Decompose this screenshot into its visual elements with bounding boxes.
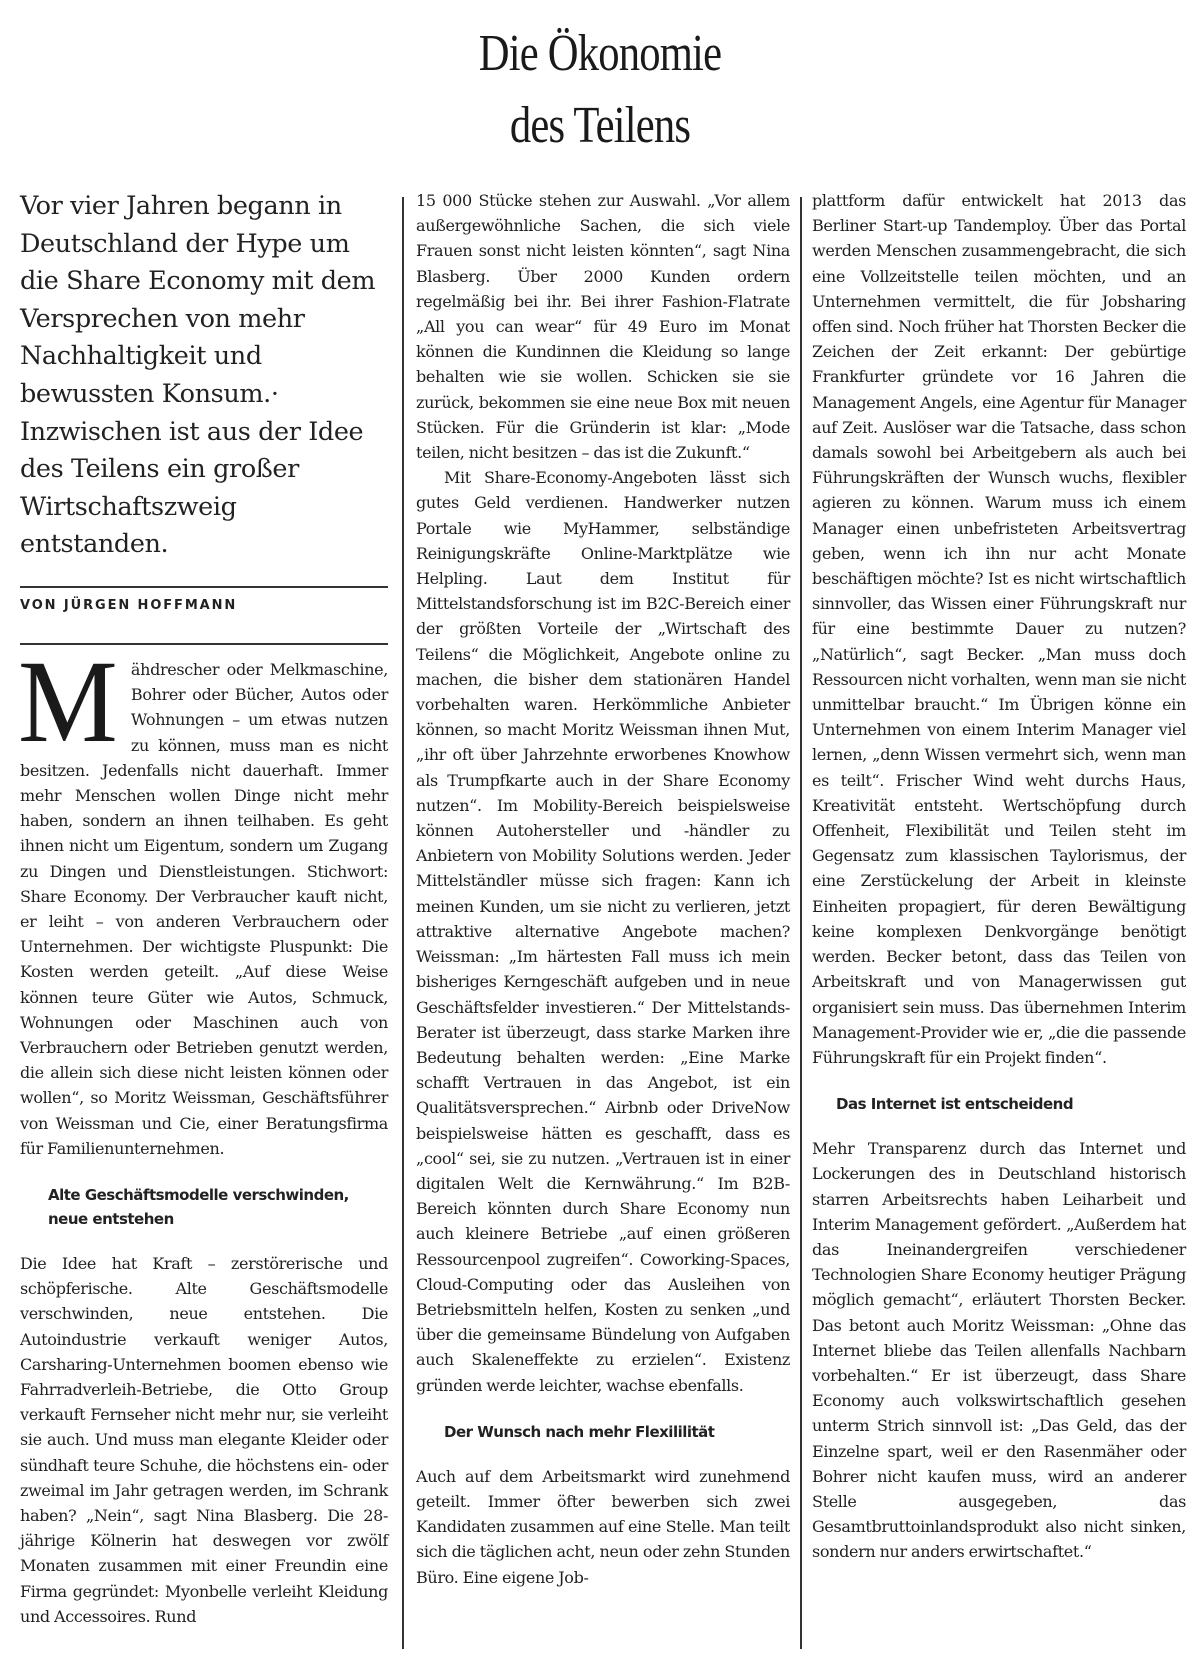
drop-cap: M [18, 659, 118, 751]
paragraph-2: Die Idee hat Kraft – zerstörerische und … [20, 1251, 388, 1629]
column-3: plattform dafür entwickelt hat 2013 das … [812, 188, 1186, 1565]
paragraph-4-continued: plattform dafür entwickelt hat 2013 das … [812, 188, 1186, 1070]
column-2: 15 000 Stücke stehen zur Auswahl. „Vor a… [416, 188, 790, 1590]
opening-paragraph: M ähdrescher oder Melkmaschine, Bohrer o… [20, 657, 388, 1161]
paragraph-3: Mit Share-Economy-Angeboten lässt sich g… [416, 465, 790, 1398]
article-headline: Die Ökonomie des Teilens [436, 18, 764, 162]
subheading-3: Das Internet ist entscheidend [836, 1092, 1186, 1116]
paragraph-4: Auch auf dem Arbeitsmarkt wird zunehmend… [416, 1464, 790, 1590]
byline: VON JÜRGEN HOFFMANN [20, 598, 388, 613]
subheading-1: Alte Geschäftsmodelle verschwinden, neue… [48, 1183, 388, 1231]
article-intro: Vor vier Jahren begann in Deutschland de… [20, 188, 388, 564]
headline-line-1: Die Ökonomie [479, 25, 721, 82]
byline-rule-top [20, 586, 388, 588]
subheading-2: Der Wunsch nach mehr Flexililität [444, 1420, 790, 1444]
column-rule-2 [800, 197, 802, 1649]
newspaper-page: Die Ökonomie des Teilens Vor vier Jahren… [0, 0, 1200, 1672]
column-rule-1 [402, 197, 404, 1649]
column-1: Vor vier Jahren begann in Deutschland de… [20, 188, 388, 1629]
headline-line-2: des Teilens [510, 97, 690, 154]
paragraph-5: Mehr Transparenz durch das Internet und … [812, 1136, 1186, 1564]
paragraph-2-continued: 15 000 Stücke stehen zur Auswahl. „Vor a… [416, 188, 790, 465]
